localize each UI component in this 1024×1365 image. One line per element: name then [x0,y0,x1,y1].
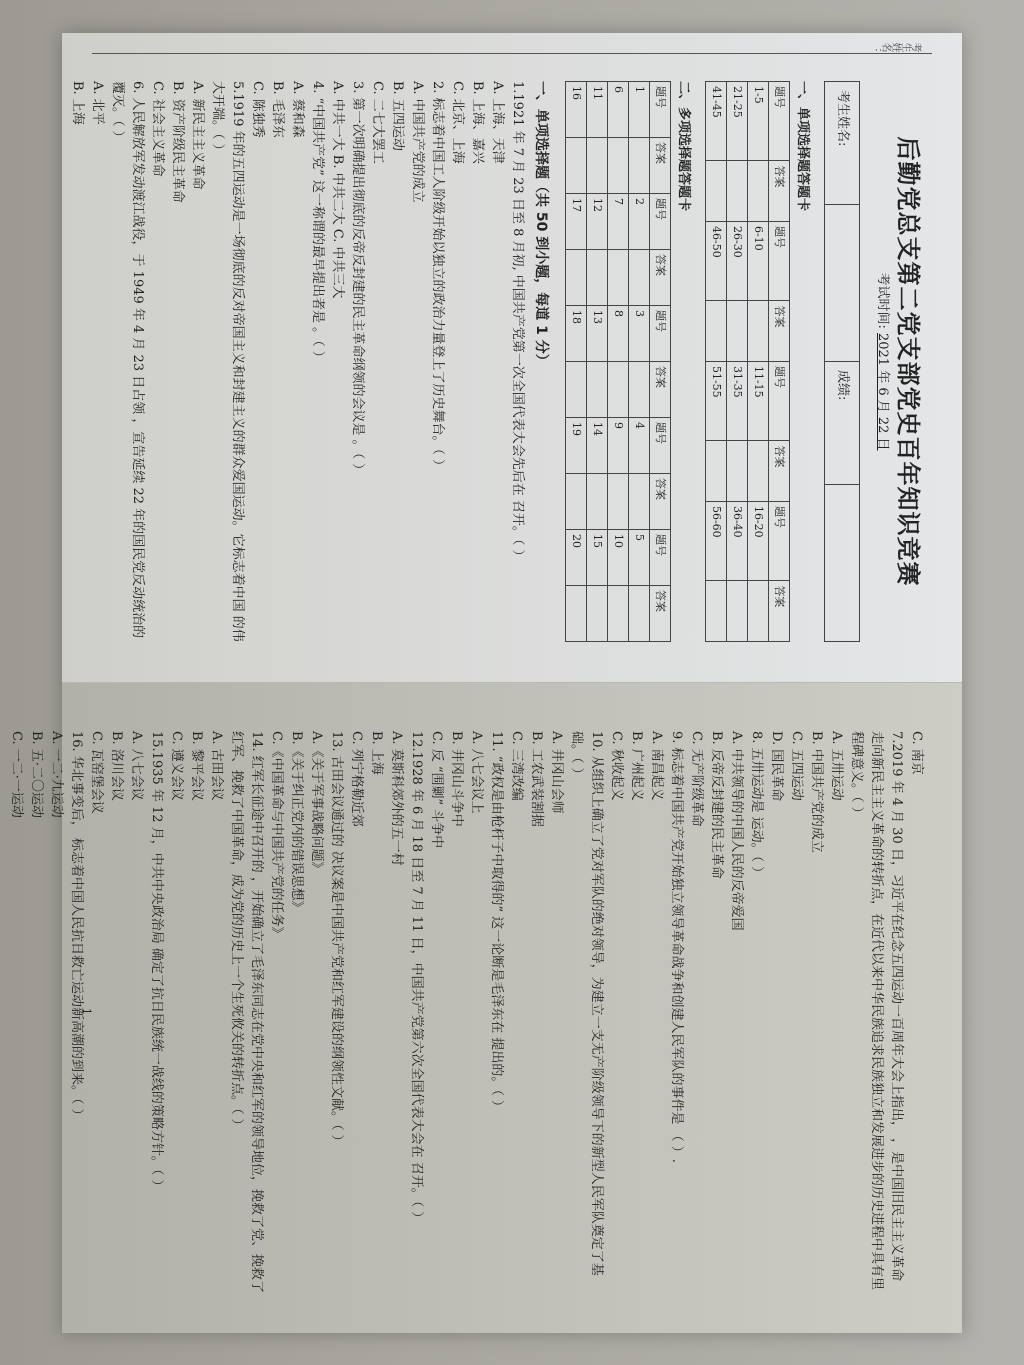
answer-cell[interactable] [629,249,650,305]
answer-option: C. 社会主义革命 [147,81,167,642]
answer-option: A. 五卅运动 [826,731,846,1293]
question-number-cell: 12 [587,193,608,249]
answer-cell[interactable] [748,160,769,221]
answer-card-row: 1-56-1011-1516-20 [748,81,769,641]
header-answer: 答案 [769,160,790,221]
page-number: 1 [76,1008,96,1015]
answer-card-row: 678910 [608,81,629,641]
section-one-heading: 一、单项选择题（共 50 到小题，每道 1 分） [531,81,551,642]
question-number-cell: 7 [608,193,629,249]
answer-card-row: 12345 [629,81,650,641]
question-text: 8. 五卅运动是 运动。（ ） [746,731,766,1293]
question-number-cell: 20 [566,529,587,585]
header-question-no: 题号 [650,305,671,361]
question-number-cell: 16 [566,81,587,137]
answer-option: C. 五四运动 [786,731,806,1293]
multi-choice-card-title: 二、多项选择题答题卡 [673,81,693,642]
question-number-cell: 6 [608,81,629,137]
exam-time-label: 考试时间: [875,272,890,328]
question-item: 8. 五卅运动是 运动。（ ）A. 中共领导的中国人民的反帝爱国B. 反帝反封建… [686,731,766,1293]
answer-cell[interactable] [727,300,748,361]
question-number-cell: 18 [566,305,587,361]
header-question-no: 题号 [650,417,671,473]
single-choice-card-title: 一、单项选择题答题卡 [792,81,812,642]
answer-option: A. 莫斯科郊外的五一村 [386,731,406,1293]
question-number-cell: 1-5 [748,81,769,160]
answer-option: C. 二七大罢工 [367,81,387,642]
header-question-no: 题号 [769,501,790,580]
question-item: 5.1919 年的五四运动是一场彻底的反对帝国主义和封建主义的群众爱国运动。它标… [147,81,247,642]
answer-option: B.《关于纠正党内的错误思想》 [286,731,306,1293]
answer-cell[interactable] [706,440,727,501]
header-answer: 答案 [769,580,790,641]
score-field[interactable] [825,484,860,641]
question-number-cell: 11-15 [748,361,769,440]
question-number-cell: 2 [629,193,650,249]
question-number-cell: 5 [629,529,650,585]
question-number-cell: 16-20 [748,501,769,580]
answer-option: B. 中国共产党的成立 [806,731,826,1293]
answer-cell[interactable] [608,249,629,305]
answer-cell[interactable] [608,361,629,417]
answer-cell[interactable] [587,361,608,417]
name-field[interactable] [825,204,860,361]
question-number-cell: 1 [629,81,650,137]
answer-option: A. 北平 [87,81,107,642]
answer-option: A. 八七会议上 [466,731,486,1293]
candidate-info-table: 考生姓名: 成绩: [824,81,860,642]
answer-option: A. 一二·九运动 [46,731,66,1293]
answer-option: A. 中共领导的中国人民的反帝爱国 [726,731,746,1293]
answer-card-row: 21-2526-3031-3536-40 [727,81,748,641]
question-text: 3. 第一次明确提出彻底的反帝反封建的民主革命纲领的会议是 。（ ） [347,81,367,642]
question-item: 9. 标志着中国共产党开始独立领导革命战争和创建人民军队的事件是 （ ）.A. … [606,731,686,1293]
answer-option: B. 资产阶级民主革命 [167,81,187,642]
answer-option: B. 五四运动 [387,81,407,642]
header-answer: 答案 [769,440,790,501]
header-answer: 答案 [650,473,671,529]
answer-cell[interactable] [587,249,608,305]
answer-option: B. 上海、嘉兴 [467,81,487,642]
answer-option: A. 中国共产党的成立 [407,81,427,642]
answer-card-header-row: 题号答案题号答案题号答案题号答案题号答案 [650,81,671,641]
answer-option: B. 上海 [67,81,87,642]
question-item: 4. “中国共产党” 这一称谓的最早提出者是 。（ ）A. 蔡和森B. 毛泽东C… [247,81,327,642]
question-list-right: C. 南京7.2019 年 4 月 30 日，习近平在纪念五四运动一百周年大会上… [6,731,926,1293]
question-number-cell: 10 [608,529,629,585]
exam-booklet-spread: 考生姓名： 后勤党总支第二党支部党史百年知识竞赛 考试时间: 2021 年 6 … [62,33,962,1333]
answer-option: B. 上海 [366,731,386,1293]
exam-date-line: 考试时间: 2021 年 6 月 22 日 [872,81,892,642]
answer-option: A. 上海、天津 [487,81,507,642]
header-question-no: 题号 [650,529,671,585]
question-item: 16. 华北事变后， 标志着中国人民抗日救亡运动新高潮的到来。（ ）A. 一二·… [6,731,86,1293]
question-text: 14. 红军长征途中召开的 ，开始确立了毛泽东同志在党中央和红军的领导地位，挽救… [226,731,266,1293]
question-text: 9. 标志着中国共产党开始独立领导革命战争和创建人民军队的事件是 （ ）. [666,731,686,1293]
answer-option: B. 黎平会议 [186,731,206,1293]
header-answer: 答案 [650,137,671,193]
answer-option: C. 反 “围剿” 斗争中 [426,731,446,1293]
question-text: 6. 人民解放军发动渡江战役，于 1949 年 4 月 23 日占领 ，宣告延续… [107,81,147,642]
header-answer: 答案 [650,361,671,417]
answer-cell[interactable] [566,361,587,417]
question-number-cell: 6-10 [748,221,769,300]
header-question-no: 题号 [769,361,790,440]
answer-cell[interactable] [706,160,727,221]
answer-cell[interactable] [566,585,587,641]
header-answer: 答案 [769,300,790,361]
answer-card-row: 1617181920 [566,81,587,641]
multi-choice-answer-card: 题号答案题号答案题号答案题号答案题号答案12345678910111213141… [565,81,671,642]
header-question-no: 题号 [769,221,790,300]
header-answer: 答案 [650,585,671,641]
question-text: 2. 标志着中国工人阶级开始以独立的政治力量登上了历史舞台。（ ） [427,81,447,642]
question-number-cell: 31-35 [727,361,748,440]
answer-option: B. 洛川会议 [106,731,126,1293]
question-text: 15.1935 年 12 月，中共中央政治局 确定了抗日民族统一战线的策略方针。… [146,731,166,1293]
question-item: 13. 古田会议通过的 决议案是中国共产党和红军建设的纲领性文献。（ ）A.《关… [266,731,346,1293]
answer-option: C. 无产阶级革命 [686,731,706,1293]
answer-option: A. 古田会议 [206,731,226,1293]
question-item: 2. 标志着中国工人阶级开始以独立的政治力量登上了历史舞台。（ ）A. 中国共产… [367,81,447,642]
answer-cell[interactable] [608,585,629,641]
question-list-left: 1.1921 年 7 月 23 日至 8 月初, 中国共产党第一次全国代表大会先… [67,81,527,642]
answer-cell[interactable] [587,137,608,193]
answer-option: C. 三湾改编 [506,731,526,1293]
answer-option: C. 秋收起义 [606,731,626,1293]
single-choice-answer-card: 题号答案题号答案题号答案题号答案1-56-1011-1516-2021-2526… [705,81,790,642]
question-number-cell: 11 [587,81,608,137]
answer-option: C. 遵义会议 [166,731,186,1293]
answer-card-row: 1112131415 [587,81,608,641]
answer-cell[interactable] [727,440,748,501]
answer-card-row: 41-4546-5051-5556-60 [706,81,727,641]
question-text: 4. “中国共产党” 这一称谓的最早提出者是 。（ ） [307,81,327,642]
question-text: 12.1928 年 6 月 18 日至 7 月 11 日，中国共产党第六次全国代… [406,731,426,1293]
question-item: 6. 人民解放军发动渡江战役，于 1949 年 4 月 23 日占领 ，宣告延续… [67,81,147,642]
answer-cell[interactable] [566,473,587,529]
question-number-cell: 17 [566,193,587,249]
answer-cell[interactable] [748,300,769,361]
header-question-no: 题号 [650,81,671,137]
exam-title: 后勤党总支第二党支部党史百年知识竞赛 [898,81,918,642]
answer-cell[interactable] [629,473,650,529]
answer-option: A. 八七会议 [126,731,146,1293]
answer-card-header-row: 题号答案题号答案题号答案题号答案 [769,81,790,641]
question-number-cell: 8 [608,305,629,361]
question-number-cell: 19 [566,417,587,473]
exam-date: 2021 年 6 月 22 日 [875,332,890,450]
answer-cell[interactable] [727,160,748,221]
answer-cell[interactable] [629,585,650,641]
answer-option: A. 蔡和森 [287,81,307,642]
question-number-cell: 15 [587,529,608,585]
question-item: 1.1921 年 7 月 23 日至 8 月初, 中国共产党第一次全国代表大会先… [447,81,527,642]
question-number-cell: 51-55 [706,361,727,440]
answer-option: B. 五·二〇运动 [26,731,46,1293]
question-item: 10. 从组织上确立了党对军队的绝对领导，为建立一支无产阶级领导下的新型人民军队… [506,731,606,1293]
question-item: 15.1935 年 12 月，中共中央政治局 确定了抗日民族统一战线的策略方针。… [86,731,166,1293]
question-number-cell: 4 [629,417,650,473]
answer-option: C. 南京 [906,731,926,1293]
binding-line [92,53,932,54]
answer-option: A. 中共一大 B. 中共二大 C. 中共三大 [327,81,347,642]
answer-cell[interactable] [629,361,650,417]
question-item: 11. “政权是由枪杆子中取得的” 这一论断是毛泽东在 提出的。（ ）A. 八七… [426,731,506,1293]
answer-cell[interactable] [706,300,727,361]
answer-cell[interactable] [608,473,629,529]
exam-page-right: C. 南京7.2019 年 4 月 30 日，习近平在纪念五四运动一百周年大会上… [62,683,962,1333]
answer-option: B. 工农武装割据 [526,731,546,1293]
question-item: 14. 红军长征途中召开的 ，开始确立了毛泽东同志在党中央和红军的领导地位，挽救… [166,731,266,1293]
answer-cell[interactable] [748,580,769,641]
question-text: 11. “政权是由枪杆子中取得的” 这一论断是毛泽东在 提出的。（ ） [486,731,506,1293]
answer-cell[interactable] [587,585,608,641]
answer-cell[interactable] [566,137,587,193]
question-item: C. 南京 [906,731,926,1293]
question-number-cell: 56-60 [706,501,727,580]
exam-page-left: 考生姓名： 后勤党总支第二党支部党史百年知识竞赛 考试时间: 2021 年 6 … [62,33,962,683]
question-text: 7.2019 年 4 月 30 日，习近平在纪念五四运动一百周年大会上指出， ，… [846,731,906,1293]
answer-cell[interactable] [748,440,769,501]
question-number-cell: 26-30 [727,221,748,300]
answer-option: A. 新民主主义革命 [187,81,207,642]
question-text: 10. 从组织上确立了党对军队的绝对领导，为建立一支无产阶级领导下的新型人民军队… [566,731,606,1293]
question-number-cell: 13 [587,305,608,361]
answer-option: B. 广州起义 [626,731,646,1293]
answer-option: B. 井冈山斗争中 [446,731,466,1293]
answer-option: B. 反帝反封建的民主革命 [706,731,726,1293]
answer-option: C.《中国革命与中国共产党的任务》 [266,731,286,1293]
header-question-no: 题号 [650,193,671,249]
answer-option: C. 北京、上海 [447,81,467,642]
question-number-cell: 46-50 [706,221,727,300]
answer-cell[interactable] [608,137,629,193]
answer-option: C. 一二·一运动 [6,731,26,1293]
question-number-cell: 9 [608,417,629,473]
answer-option: B. 毛泽东 [267,81,287,642]
question-item: 3. 第一次明确提出彻底的反帝反封建的民主革命纲领的会议是 。（ ）A. 中共一… [327,81,367,642]
question-number-cell: 3 [629,305,650,361]
question-number-cell: 41-45 [706,81,727,160]
score-label: 成绩: [825,361,860,484]
answer-cell[interactable] [629,137,650,193]
question-number-cell: 21-25 [727,81,748,160]
question-item: 7.2019 年 4 月 30 日，习近平在纪念五四运动一百周年大会上指出， ，… [766,731,906,1293]
name-label: 考生姓名: [825,81,860,204]
answer-option: A.《关于军事战略问题》 [306,731,326,1293]
answer-option: C. 陈独秀 [247,81,267,642]
answer-cell[interactable] [587,473,608,529]
header-answer: 答案 [650,249,671,305]
answer-cell[interactable] [706,580,727,641]
answer-cell[interactable] [566,249,587,305]
answer-cell[interactable] [727,580,748,641]
answer-option: A. 南昌起义 [646,731,666,1293]
question-item: 12.1928 年 6 月 18 日至 7 月 11 日，中国共产党第六次全国代… [346,731,426,1293]
question-number-cell: 36-40 [727,501,748,580]
header-question-no: 题号 [769,81,790,160]
question-number-cell: 14 [587,417,608,473]
margin-name-label: 考生姓名： [872,35,922,55]
question-text: 13. 古田会议通过的 决议案是中国共产党和红军建设的纲领性文献。（ ） [326,731,346,1293]
answer-option: C. 列宁格勒近郊 [346,731,366,1293]
answer-option: A. 井冈山会师 [546,731,566,1293]
question-text: 5.1919 年的五四运动是一场彻底的反对帝国主义和封建主义的群众爱国运动。它标… [207,81,247,642]
question-text: 1.1921 年 7 月 23 日至 8 月初, 中国共产党第一次全国代表大会先… [507,81,527,642]
answer-option: D. 国民革命 [766,731,786,1293]
